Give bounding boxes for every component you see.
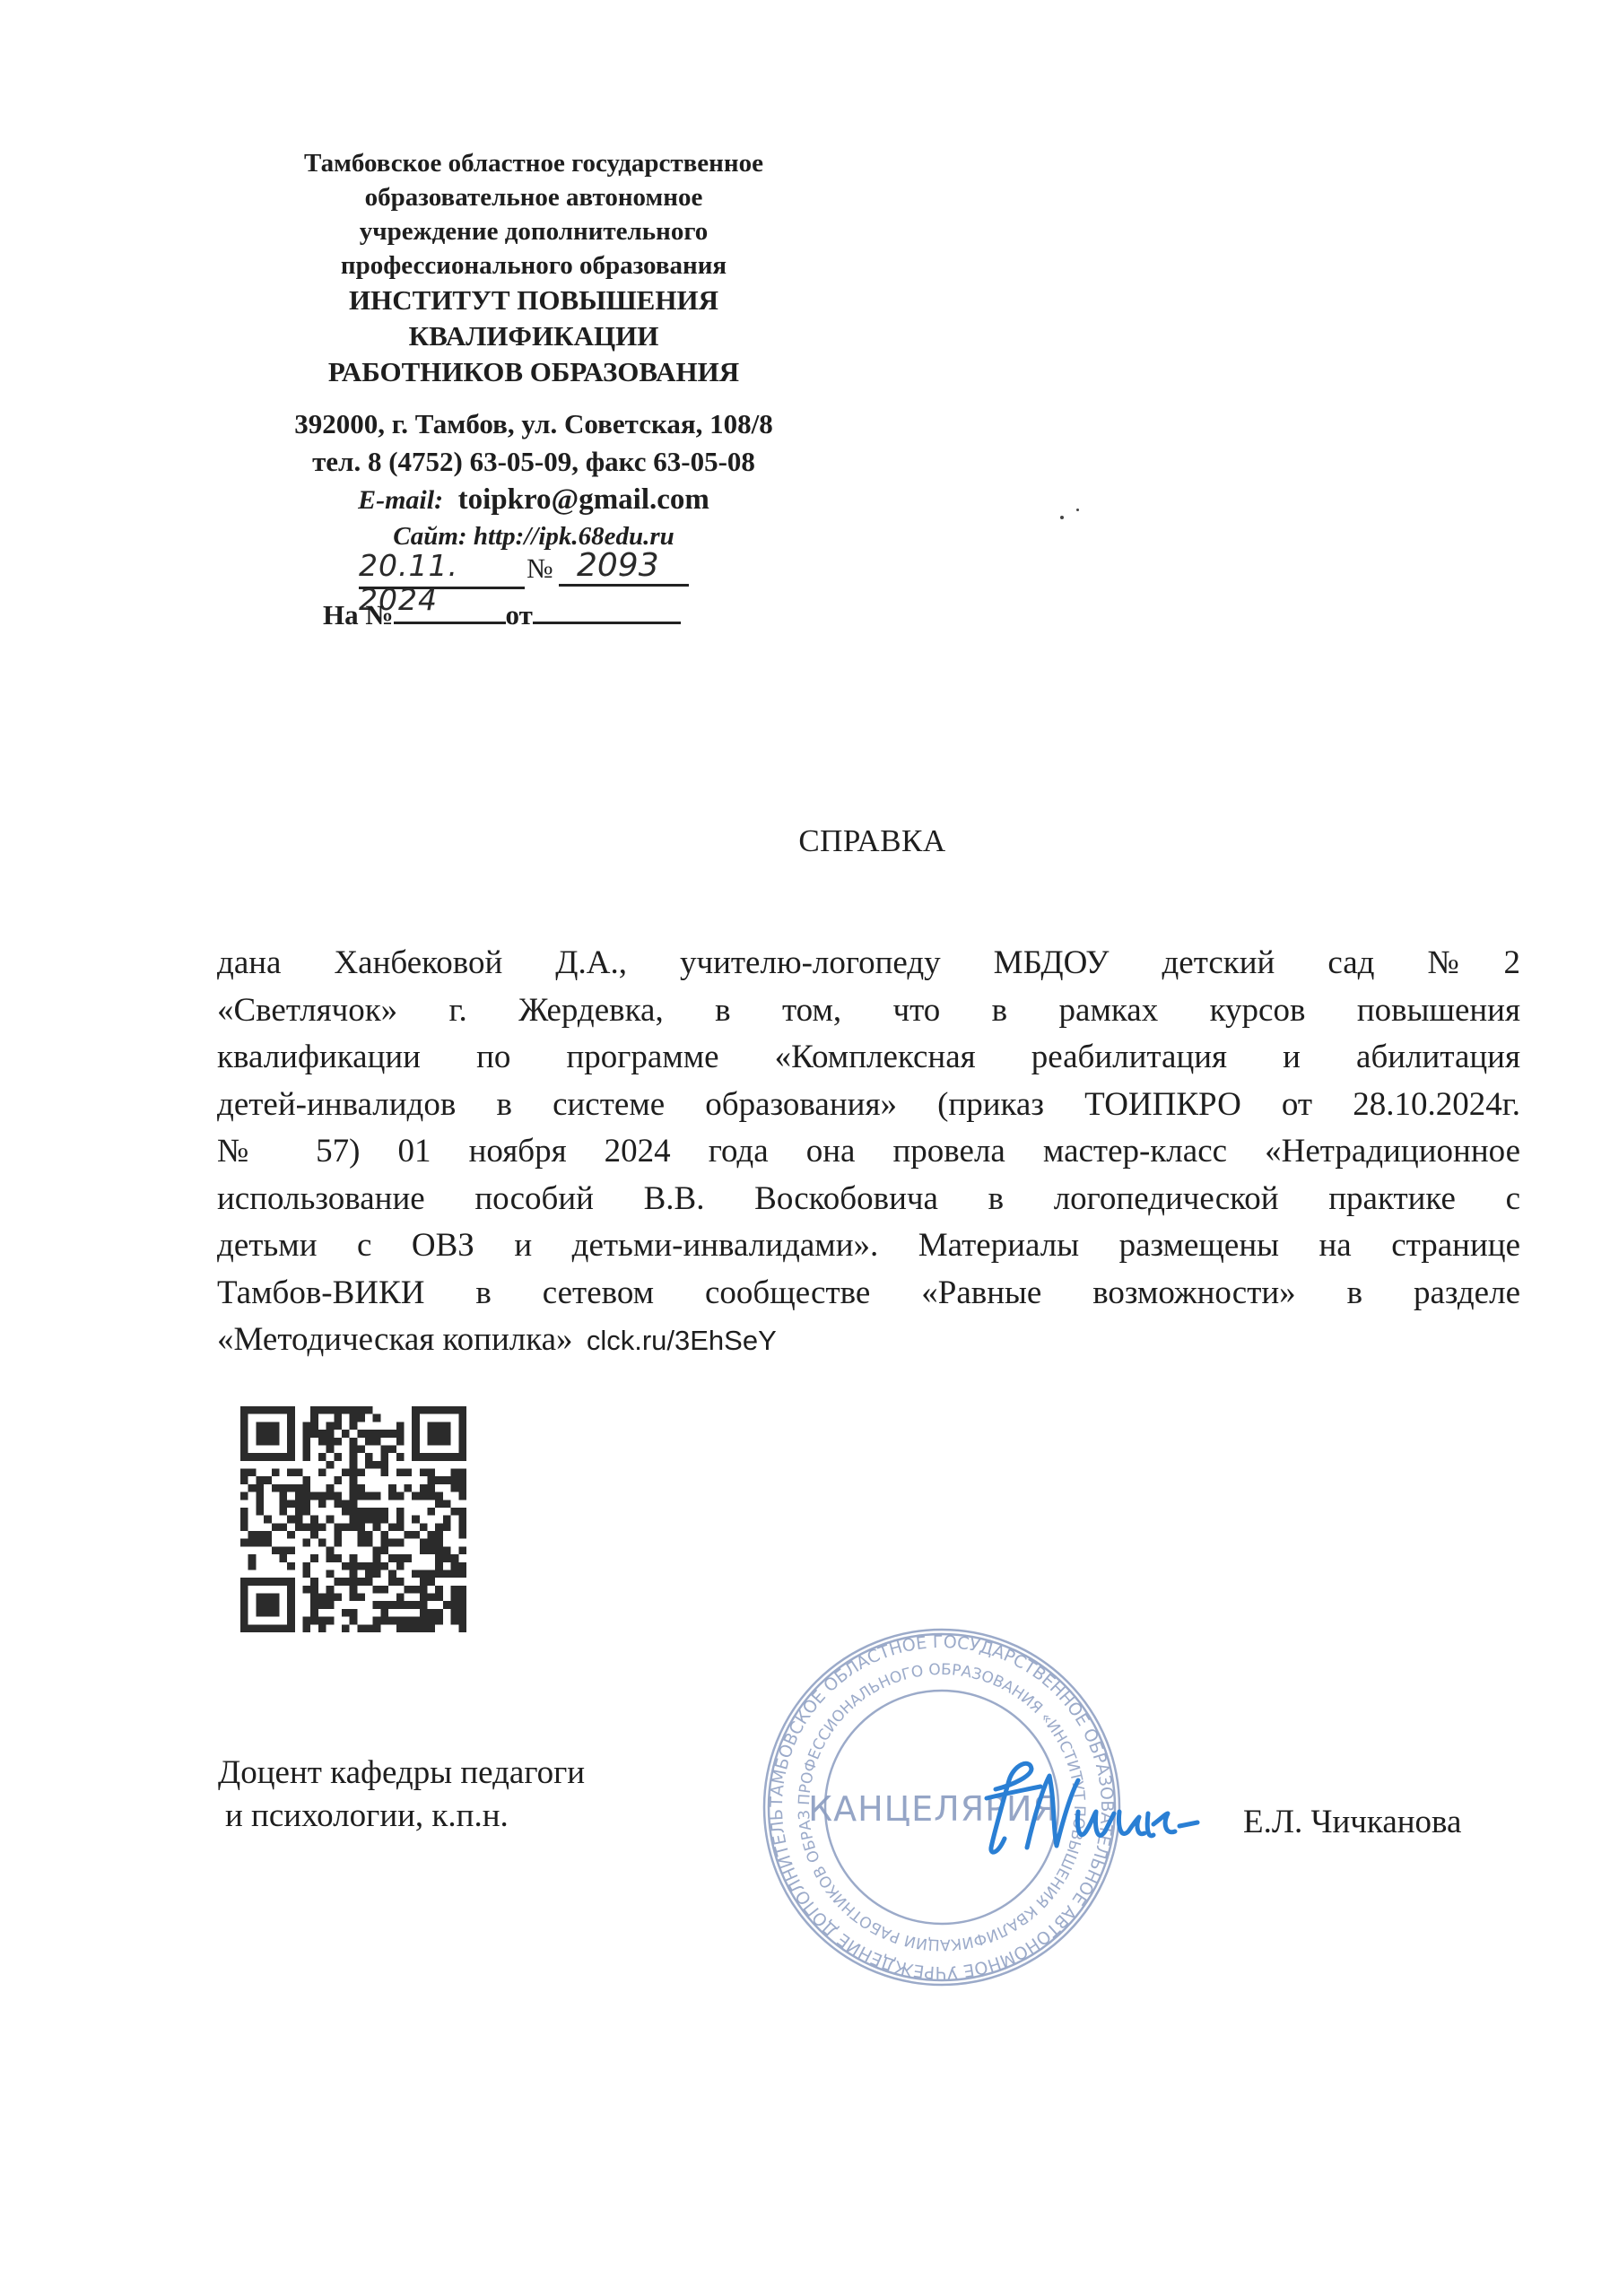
registration-number: 2093 [559, 549, 689, 587]
body-line: «Светлячок» г. Жердевка, в том, что в ра… [217, 987, 1520, 1035]
body-line-last: «Методическая копилка» clck.ru/3EhSeY [217, 1317, 1520, 1364]
reply-date-blank [533, 596, 681, 624]
org-line: Тамбовское областное государственное [242, 146, 825, 180]
body-line: № 57) 01 ноября 2024 года она провела ма… [217, 1128, 1520, 1176]
qr-code-icon[interactable] [240, 1406, 466, 1632]
registration-line: 20.11. 2024 № 2093 [350, 549, 727, 594]
scan-speck [1076, 509, 1079, 511]
contact-block: 392000, г. Тамбов, ул. Советская, 108/8 … [242, 405, 825, 553]
email-address[interactable]: toipkro@gmail.com [458, 483, 709, 516]
handwritten-signature [978, 1749, 1211, 1874]
organization-header: Тамбовское областное государственное обр… [242, 146, 825, 390]
body-line: Тамбов-ВИКИ в сетевом сообществе «Равные… [217, 1270, 1520, 1318]
materials-link[interactable]: clck.ru/3EhSeY [587, 1325, 777, 1356]
registration-date: 20.11. 2024 [359, 549, 525, 589]
org-line: образовательное автономное [242, 180, 825, 214]
signatory-name: Е.Л. Чичканова [1243, 1803, 1461, 1841]
body-line: использование пособий В.В. Воскобовича в… [217, 1176, 1520, 1223]
body-line: «Методическая копилка» [217, 1321, 573, 1358]
reply-number-blank [394, 596, 506, 624]
document-title: СПРАВКА [0, 823, 1610, 859]
org-name-line: ИНСТИТУТ ПОВЫШЕНИЯ [242, 283, 825, 318]
reply-from-label: от [506, 599, 533, 631]
org-line: учреждение дополнительного [242, 214, 825, 248]
signatory-role-line1: Доцент кафедры педагоги [218, 1754, 585, 1791]
address: 392000, г. Тамбов, ул. Советская, 108/8 [242, 405, 825, 443]
reply-number-label: На № [323, 599, 394, 631]
org-line: профессионального образования [242, 248, 825, 283]
signatory-role-line2: и психологии, к.п.н. [218, 1795, 585, 1838]
scan-speck [1060, 516, 1064, 519]
reply-reference-line: На №от [323, 596, 681, 634]
body-line: детей-инвалидов в системе образования» (… [217, 1082, 1520, 1129]
org-name-line: РАБОТНИКОВ ОБРАЗОВАНИЯ [242, 354, 825, 390]
signatory-position: Доцент кафедры педагоги и психологии, к.… [218, 1752, 585, 1838]
registration-number-label: № [527, 552, 553, 585]
document-title-text: СПРАВКА [798, 823, 945, 858]
phone-fax: тел. 8 (4752) 63-05-09, факс 63-05-08 [242, 443, 825, 481]
body-line: дана Ханбековой Д.А., учителю-логопеду М… [217, 940, 1520, 987]
org-name-line: КВАЛИФИКАЦИИ [242, 318, 825, 354]
body-line: детьми с ОВЗ и детьми-инвалидами». Матер… [217, 1222, 1520, 1270]
document-body: дана Ханбековой Д.А., учителю-логопеду М… [217, 940, 1520, 1364]
body-line: квалификации по программе «Комплексная р… [217, 1034, 1520, 1082]
email-line: E-mail: toipkro@gmail.com [242, 481, 825, 519]
email-label: E-mail: [358, 485, 443, 515]
